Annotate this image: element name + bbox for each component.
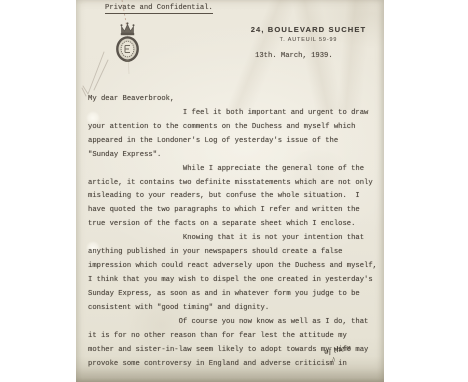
body-line: provoke some controversy in England and … [88,358,384,372]
body-line: I think that you may wish to dispel the … [88,274,384,288]
body-line: While I appreciate the general tone of t… [88,163,384,177]
letter-date: 13th. March, 1939. [255,52,333,60]
letter-page: Private and Confidential. 24, BOULEVARD … [76,0,384,382]
body-line: "Sunday Express". [88,149,384,163]
body-line: misleading to your readers, but confuse … [88,190,384,204]
body-line: appeared in the Londoner's Log of yester… [88,135,384,149]
letterhead: 24, BOULEVARD SUCHET T. AUTEUIL 59-99 [221,25,396,43]
body-line: Knowing that it is not your intention th… [88,232,384,246]
insertion-caret: ^ [332,356,335,366]
body-line: it is for no other reason than for fear … [88,330,384,344]
body-line: have quoted the two paragraphs to which … [88,204,384,218]
body-line: article, it contains two definite missta… [88,177,384,191]
body-line: Sunday Express, as soon as and in whatev… [88,288,384,302]
body-line: your attention to the comments on the Du… [88,121,384,135]
letterhead-phone-number: AUTEUIL 59-99 [288,37,338,43]
telephone-icon: T. [280,37,286,43]
classification-label: Private and Confidential. [105,4,213,14]
letterhead-address: 24, BOULEVARD SUCHET [221,25,396,34]
letterhead-phone: T. AUTEUIL 59-99 [221,37,396,43]
salutation: My dear Beaverbrook, [88,93,384,107]
body-line: consistent with "good timing" and dignit… [88,302,384,316]
letter-body: My dear Beaverbrook, I feel it both impo… [88,93,384,371]
body-line: impression which could react adversely u… [88,260,384,274]
royal-crest-icon [114,22,142,68]
body-line: I feel it both important and urgent to d… [88,107,384,121]
body-line: anything published in your newspapers sh… [88,246,384,260]
body-line: Of course you now know as well as I do, … [88,316,384,330]
body-line: true version of the facts on a separate … [88,218,384,232]
